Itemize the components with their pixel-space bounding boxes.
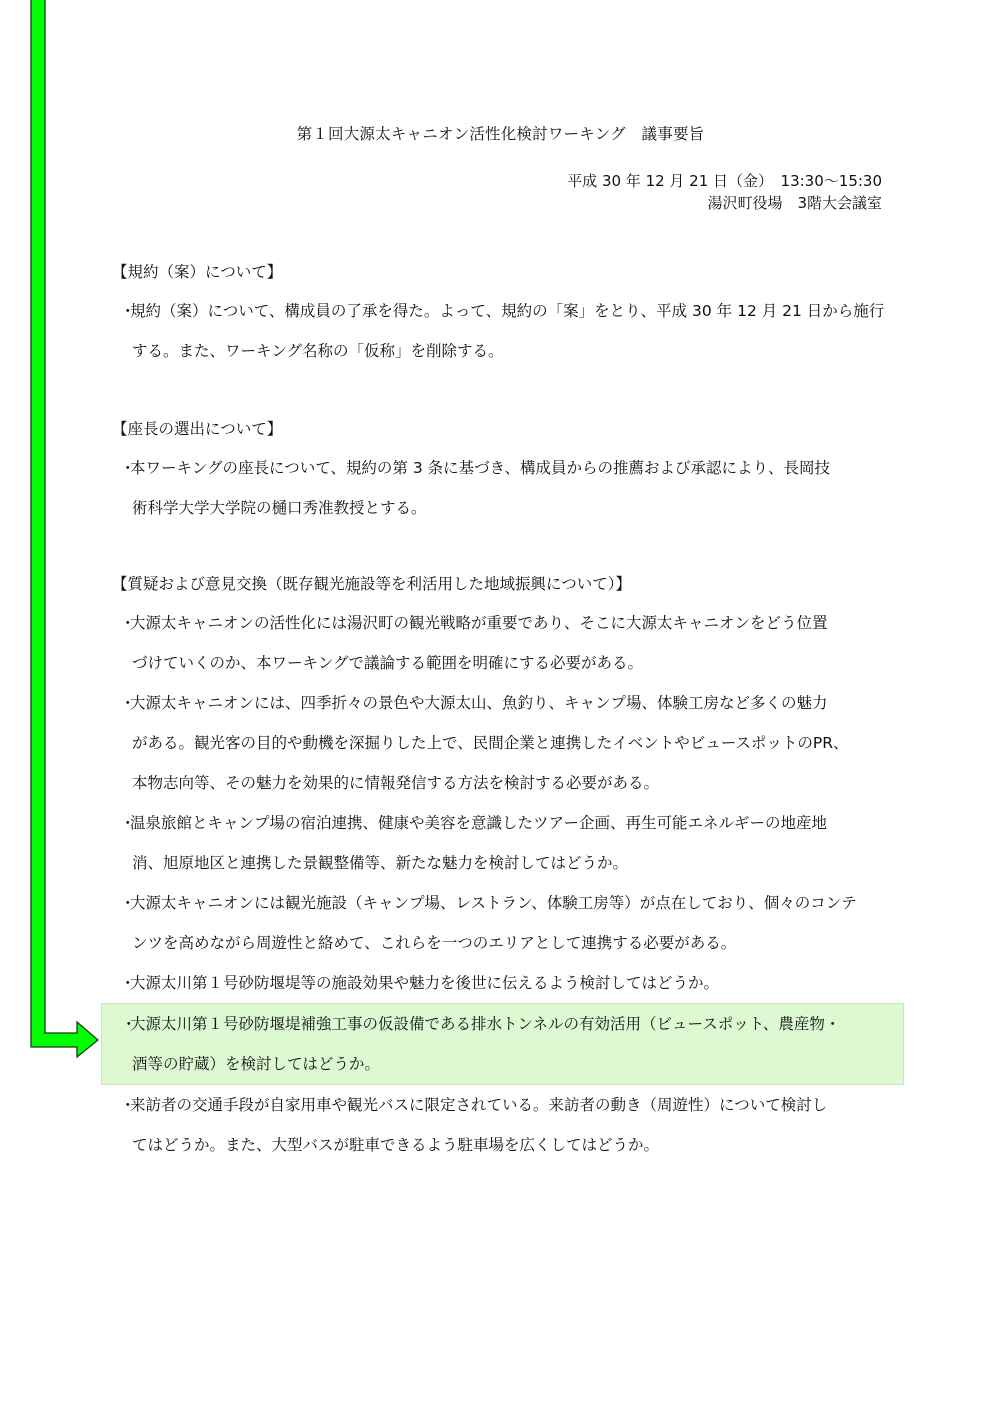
bullet: ・	[120, 1085, 136, 1125]
list-item: ・ 温泉旅館とキャンプ場の宿泊連携、健康や美容を意識したツアー企画、再生可能エネ…	[112, 803, 902, 883]
list-item: ・ 大源太キャニオンには、四季折々の景色や大源太山、魚釣り、キャンプ場、体験工房…	[112, 683, 902, 803]
bullet: ・	[120, 963, 136, 1003]
bullet: ・	[120, 683, 136, 723]
highlighted-list-item: ・ 大源太川第１号砂防堰堤補強工事の仮設備である排水トンネルの有効活用（ビュース…	[101, 1003, 904, 1085]
list-item: ・ 本ワーキングの座長について、規約の第 3 条に基づき、構成員からの推薦および…	[112, 448, 902, 528]
meeting-location: 湯沢町役場 3階大会議室	[567, 192, 882, 214]
section-chair-election: 【座長の選出について】 ・ 本ワーキングの座長について、規約の第 3 条に基づき…	[112, 410, 902, 528]
bullet: ・	[120, 883, 136, 923]
section-bylaws: 【規約（案）について】 ・ 規約（案）について、構成員の了承を得た。よって、規約…	[112, 253, 902, 371]
bullet: ・	[120, 448, 136, 488]
list-item: ・ 大源太キャニオンには観光施設（キャンプ場、レストラン、体験工房等）が点在して…	[112, 883, 902, 963]
document-page: 第１回大源太キャニオン活性化検討ワーキング 議事要旨 平成 30 年 12 月 …	[0, 0, 1001, 1419]
list-item: ・ 大源太キャニオンの活性化には湯沢町の観光戦略が重要であり、そこに大源太キャニ…	[112, 603, 902, 683]
green-arrow-annotation-icon	[0, 0, 110, 1070]
bullet: ・	[120, 291, 136, 331]
bullet: ・	[121, 1004, 137, 1044]
list-item: ・ 規約（案）について、構成員の了承を得た。よって、規約の「案」をとり、平成 3…	[112, 291, 902, 371]
bullet: ・	[120, 803, 136, 843]
bullet: ・	[120, 603, 136, 643]
document-title: 第１回大源太キャニオン活性化検討ワーキング 議事要旨	[0, 122, 1001, 144]
list-item: ・ 来訪者の交通手段が自家用車や観光バスに限定されている。来訪者の動き（周遊性）…	[112, 1085, 902, 1165]
meeting-meta: 平成 30 年 12 月 21 日（金） 13:30～15:30 湯沢町役場 3…	[567, 170, 882, 214]
section-discussion: 【質疑および意見交換（既存観光施設等を利活用した地域振興について）】 ・ 大源太…	[112, 565, 902, 1165]
meeting-date-time: 平成 30 年 12 月 21 日（金） 13:30～15:30	[567, 170, 882, 192]
list-item: ・ 大源太川第１号砂防堰堤等の施設効果や魅力を後世に伝えるよう検討してはどうか。	[112, 963, 902, 1003]
section-heading: 【規約（案）について】	[112, 253, 902, 291]
section-heading: 【質疑および意見交換（既存観光施設等を利活用した地域振興について）】	[112, 565, 902, 603]
section-heading: 【座長の選出について】	[112, 410, 902, 448]
